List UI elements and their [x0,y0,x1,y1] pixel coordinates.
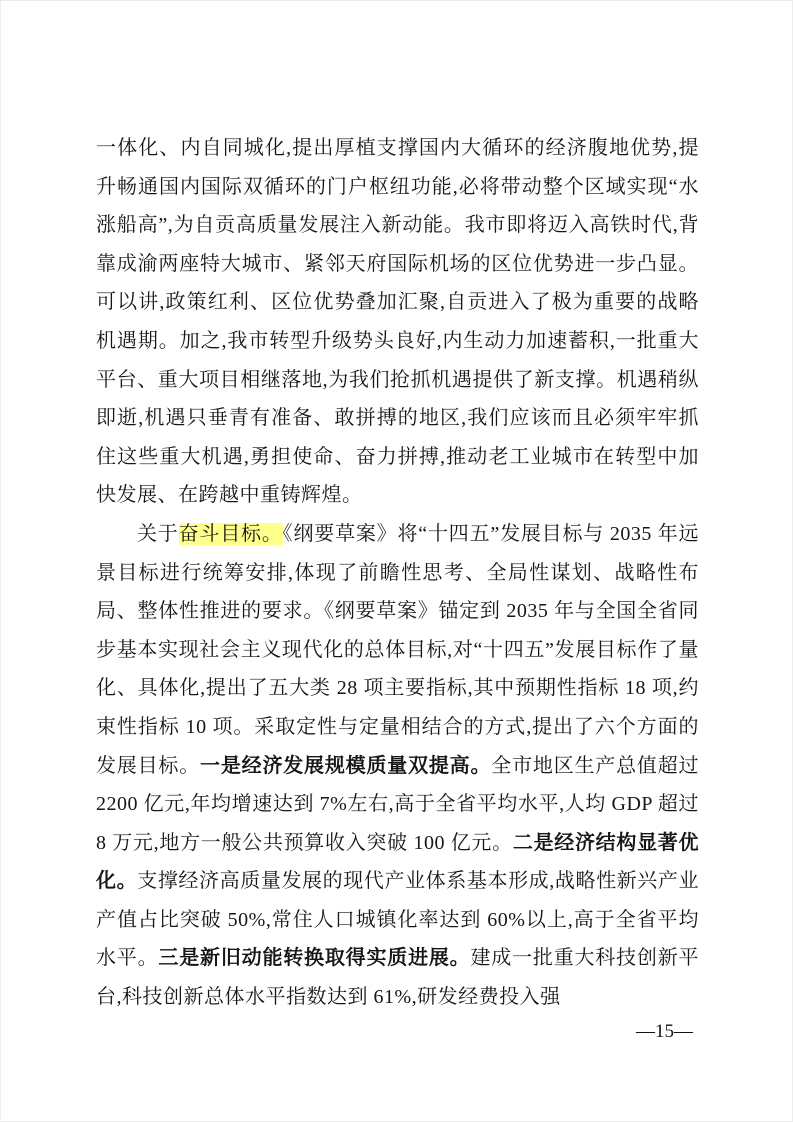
paragraph-continuation: 一体化、内自同城化,提出厚植支撑国内大循环的经济腹地优势,提升畅通国内国际双循环… [96,129,699,515]
text-run-bold: 三是新旧动能转换取得实质进展。 [158,947,470,969]
text-run-normal: 《纲要草案》将“十四五”发展目标与 2035 年远景目标进行统筹安排,体现了前瞻… [96,523,699,777]
page-number: —15— [636,1021,693,1043]
document-content: 一体化、内自同城化,提出厚植支撑国内大循环的经济腹地优势,提升畅通国内国际双循环… [96,129,699,1017]
text-run-normal: 一体化、内自同城化,提出厚植支撑国内大循环的经济腹地优势,提升畅通国内国际双循环… [96,137,699,506]
paragraph-goals-section: 关于奋斗目标。《纲要草案》将“十四五”发展目标与 2035 年远景目标进行统筹安… [96,515,699,1017]
text-run-normal: 关于 [137,523,179,545]
document-page: 一体化、内自同城化,提出厚植支撑国内大循环的经济腹地优势,提升畅通国内国际双循环… [0,0,793,1122]
text-run-bold: 一是经济发展规模质量双提高。 [200,755,491,777]
text-run-highlight: 奋斗目标。 [179,523,283,545]
